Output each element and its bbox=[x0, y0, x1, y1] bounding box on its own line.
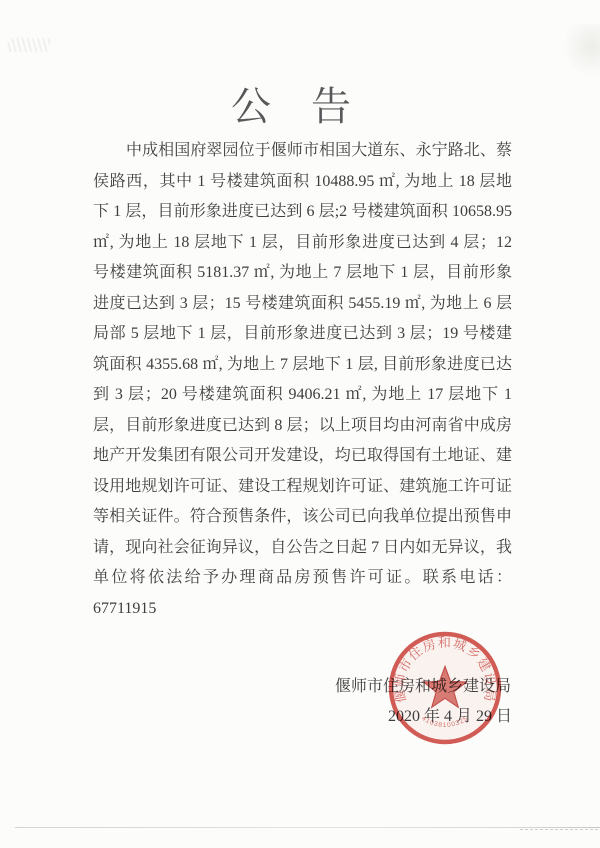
scan-blotch bbox=[560, 24, 600, 80]
official-seal: 偃师市住房和城乡建设局 41038100325 bbox=[379, 622, 511, 754]
notice-body: 中成相国府翠园位于偃师市相国大道东、永宁路北、蔡侯路西，其中 1 号楼建筑面积 … bbox=[93, 136, 512, 624]
scan-smudge bbox=[8, 38, 50, 52]
scan-edge-line bbox=[15, 827, 600, 828]
notice-title: 公 告 bbox=[231, 84, 351, 130]
document-page: 公 告 中成相国府翠园位于偃师市相国大道东、永宁路北、蔡侯路西，其中 1 号楼建… bbox=[0, 0, 600, 848]
scan-edge-dashes bbox=[520, 829, 598, 830]
